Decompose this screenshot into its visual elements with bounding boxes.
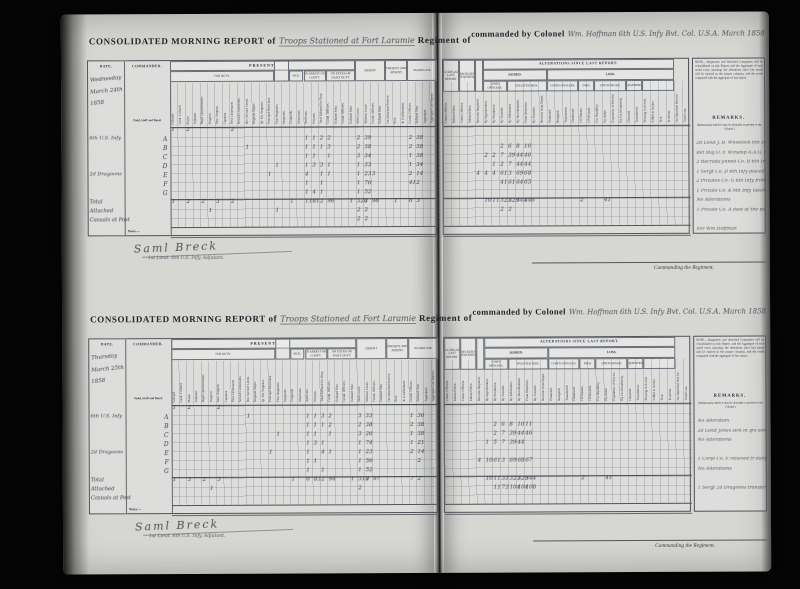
handwritten-cell-value: 23 bbox=[364, 173, 371, 179]
column-label-rotated: Sergeant Major. bbox=[252, 84, 259, 124]
handwritten-cell-value: 10 bbox=[486, 459, 493, 465]
column-group-header: ABSENT. bbox=[357, 338, 387, 359]
remarks-handwritten-line: No Alterations bbox=[698, 437, 767, 442]
handwritten-cell-value: 1 bbox=[320, 173, 324, 179]
handwritten-cell-value: 38 bbox=[416, 154, 423, 160]
handwritten-cell-value: 3 bbox=[501, 459, 505, 465]
handwritten-cell-value: 2 bbox=[321, 478, 325, 484]
report-table-left: DATE.ThursdayMarch 25th18586th U.S. Infy… bbox=[88, 337, 438, 515]
date-column-label: DATE. bbox=[89, 342, 125, 346]
column-label-rotated: Missing in Action. bbox=[643, 82, 650, 122]
column-label-rotated: Regtl. Quartermaster. bbox=[201, 362, 208, 402]
column-label-rotated: Resigned. bbox=[555, 83, 562, 123]
column-label-rotated: For Disability. bbox=[595, 83, 602, 123]
column-label-rotated: Aggregate Last Report. bbox=[430, 83, 437, 123]
handwritten-cell-value: 1 bbox=[306, 460, 310, 466]
handwritten-cell-value: 3 bbox=[416, 199, 420, 205]
column-group-header bbox=[274, 61, 289, 82]
company-letter-handwritten: E bbox=[164, 451, 168, 457]
handwritten-cell-value: 2 bbox=[358, 487, 362, 493]
column-group-header: ON EXTRA OR DAILY DUTY. bbox=[326, 70, 356, 81]
commanding-label: Commanding the Regiment. bbox=[602, 264, 766, 271]
handwritten-cell-value: 1 bbox=[313, 424, 317, 430]
column-label-rotated: Enlisted Men. bbox=[378, 84, 385, 124]
column-label-rotated: Asst. Surgeon. bbox=[216, 362, 223, 402]
remarks-handwritten-line: No Alterations bbox=[697, 197, 766, 202]
column-label-rotated: Surgeon. bbox=[207, 84, 214, 124]
handwritten-cell-value: 2 bbox=[357, 218, 361, 224]
column-label-rotated: By Order. bbox=[604, 361, 611, 401]
column-label-rotated: Enlisted Men. bbox=[333, 84, 340, 124]
handwritten-cell-value: 7 bbox=[501, 441, 505, 447]
column-label-rotated: Recruits Required. bbox=[477, 361, 484, 401]
handwritten-cell-value: 4 bbox=[492, 172, 496, 178]
column-label-rotated: By Transfer. bbox=[501, 361, 508, 401]
handwritten-cell-value: 3 bbox=[314, 442, 318, 448]
handwritten-cell-value: 1 bbox=[209, 209, 213, 215]
column-label-rotated: Enlisted Men. bbox=[335, 362, 342, 402]
handwritten-cell-value: 10 bbox=[524, 145, 531, 151]
unit-handwritten: 2d Dragoons bbox=[91, 450, 123, 455]
date-column-label: DATE. bbox=[88, 64, 124, 68]
handwritten-cell-value: 1 bbox=[171, 128, 175, 134]
handwritten-cell-value: 108 bbox=[526, 486, 537, 492]
column-label-rotated: Aggregate Last Report. bbox=[431, 361, 438, 401]
handwritten-cell-value: 1 bbox=[173, 478, 177, 484]
fsb-label: Field, Staff and Band. bbox=[126, 397, 170, 400]
date-handwritten: March 24th bbox=[90, 88, 123, 96]
handwritten-cell-value: 11 bbox=[492, 199, 499, 205]
handwritten-cell-value: 2 bbox=[493, 423, 497, 429]
column-label-rotated: Enlisted Men. bbox=[415, 83, 422, 123]
handwritten-cell-value: 1 bbox=[357, 173, 361, 179]
handwritten-cell-value: 81 bbox=[312, 200, 319, 206]
column-label-rotated: By Transfer. bbox=[499, 83, 506, 123]
handwritten-cell-value: 344 bbox=[525, 477, 536, 483]
handwritten-cell-value: 41 bbox=[500, 181, 507, 187]
handwritten-cell-value: 1 bbox=[210, 487, 214, 493]
handwritten-cell-value: 68 bbox=[524, 172, 531, 178]
notes-strip bbox=[445, 502, 692, 515]
column-label-rotated: Enlisted Men. bbox=[453, 361, 460, 401]
handwritten-cell-value: 41 bbox=[409, 181, 416, 187]
date-handwritten: March 25th bbox=[91, 366, 124, 374]
commander-handwritten: Wm. Hoffman 6th U.S. Infy Bvt. Col. U.S.… bbox=[569, 307, 766, 316]
handwritten-cell-value: 41 bbox=[605, 477, 612, 483]
handwritten-cell-value: 21 bbox=[417, 441, 424, 447]
company-letter-handwritten: A bbox=[164, 415, 168, 421]
handwritten-cell-value: 1 bbox=[314, 460, 318, 466]
handwritten-cell-value: 2 bbox=[327, 137, 331, 143]
column-label-rotated: Asst. Surgeon. bbox=[215, 84, 222, 124]
handwritten-cell-value: 6 bbox=[409, 199, 413, 205]
column-label-rotated: Privates. bbox=[311, 84, 318, 124]
handwritten-cell-value: 1 bbox=[306, 442, 310, 448]
column-group-header: FOR DUTY. bbox=[170, 71, 274, 82]
column-label-rotated: Musicians. bbox=[296, 84, 303, 124]
handwritten-cell-value: 61 bbox=[508, 181, 515, 187]
handwritten-cell-value: 2 bbox=[410, 423, 414, 429]
column-label-rotated: By Appointment. bbox=[485, 361, 492, 401]
column-label-rotated: Deserted. bbox=[627, 83, 634, 123]
handwritten-cell-value: 1 bbox=[306, 451, 310, 457]
remarks-handwritten-line: Bvt Maj O. F. Winship A.A.G. left the po… bbox=[696, 150, 765, 155]
notes-strip bbox=[172, 503, 439, 516]
date-handwritten: Thursday bbox=[91, 354, 118, 362]
handwritten-cell-value: 1 bbox=[394, 199, 398, 205]
column-label-rotated: Of Disease. bbox=[579, 83, 586, 123]
column-label-rotated: Surgeon. bbox=[209, 362, 216, 402]
column-group-header: ON EXTRA OR DAILY DUTY. bbox=[327, 348, 357, 359]
column-label-rotated: By Civil Authority. bbox=[619, 83, 626, 123]
handwritten-cell-value: 44 bbox=[516, 163, 523, 169]
handwritten-cell-value: 6 bbox=[501, 423, 505, 429]
column-label-rotated: Expiration of Service. bbox=[611, 83, 618, 123]
row-label-handwritten: Attached bbox=[90, 209, 114, 214]
tier1-group-header: JOINED. bbox=[484, 347, 548, 358]
handwritten-cell-value: 1 bbox=[275, 209, 279, 215]
handwritten-cell-value: 3 bbox=[188, 478, 192, 484]
handwritten-cell-value: 52 bbox=[364, 191, 371, 197]
column-label-rotated: Principal Musicians. bbox=[268, 362, 275, 402]
commander-column-label: COMMANDER. bbox=[124, 64, 170, 68]
column-label-rotated: Major. bbox=[185, 84, 192, 124]
column-label-rotated: Sergeant Major. bbox=[253, 362, 260, 402]
column-group-header: FOR DUTY. bbox=[171, 349, 275, 360]
handwritten-cell-value: 1 bbox=[327, 155, 331, 161]
column-label-rotated: Major. bbox=[186, 362, 193, 402]
company-letter-handwritten: F bbox=[165, 460, 169, 466]
column-label-rotated: Killed in Action. bbox=[652, 360, 659, 400]
column-group-header: AGGREGATE. bbox=[407, 60, 437, 81]
handwritten-cell-value: 33 bbox=[502, 477, 509, 483]
handwritten-cell-value: 38 bbox=[364, 146, 371, 152]
column-label-rotated: Of Wounds. bbox=[587, 83, 594, 123]
signature-block: Saml Breck1st Lieut. 6th U.S. Infy, Adju… bbox=[134, 237, 374, 261]
handwritten-cell-value: 1 bbox=[312, 137, 316, 143]
handwritten-cell-value: 61 bbox=[500, 172, 507, 178]
column-label-rotated: Second Lieutenants. bbox=[238, 362, 245, 402]
handwritten-cell-value: 1 bbox=[320, 182, 324, 188]
handwritten-cell-value: 1 bbox=[410, 441, 414, 447]
handwritten-cell-value: 7 bbox=[500, 154, 504, 160]
handwritten-cell-value: 1 bbox=[306, 415, 310, 421]
column-label-rotated: Resigned. bbox=[556, 361, 563, 401]
column-label-rotated: Colonel. bbox=[170, 85, 177, 125]
tier1-group-header: LOSS. bbox=[548, 347, 676, 359]
column-label-rotated: By Civil Authority. bbox=[620, 361, 627, 401]
handwritten-cell-value: 3 bbox=[358, 415, 362, 421]
column-label-rotated: Total Loss. bbox=[684, 360, 691, 400]
column-group-header: PRESENT AND ABSENT. bbox=[385, 60, 407, 81]
handwritten-cell-value: 46 bbox=[525, 432, 532, 438]
handwritten-cell-value: 2 bbox=[580, 199, 584, 205]
handwritten-cell-value: 39 bbox=[509, 432, 516, 438]
date-column: DATE.ThursdayMarch 25th18586th U.S. Infy… bbox=[89, 339, 127, 513]
handwritten-cell-value: 76 bbox=[364, 182, 371, 188]
column-label-rotated: In Arrest. bbox=[667, 82, 674, 122]
handwritten-cell-value: 1 bbox=[358, 451, 362, 457]
handwritten-cell-value: 6 bbox=[508, 145, 512, 151]
commander-column-label: COMMANDER. bbox=[125, 342, 171, 346]
scanned-document: CONSOLIDATED MORNING REPORT ofTroops Sta… bbox=[0, 0, 800, 589]
handwritten-cell-value: 61 bbox=[494, 459, 501, 465]
handwritten-cell-value: 2 bbox=[320, 200, 324, 206]
column-group-header: IN ARREST OR CONF'T. bbox=[304, 70, 326, 81]
handwritten-cell-value: 2 bbox=[202, 478, 206, 484]
column-label-rotated: Comd. Officers. bbox=[444, 83, 451, 123]
column-label-rotated: By Promotion. bbox=[491, 83, 498, 123]
handwritten-cell-value: 5 bbox=[493, 441, 497, 447]
column-label-rotated: Comd. Officers. bbox=[461, 361, 468, 401]
handwritten-cell-value: 1 bbox=[410, 432, 414, 438]
column-label-rotated: Aggregate. bbox=[424, 361, 431, 401]
handwritten-cell-value: 1 bbox=[314, 433, 318, 439]
company-letter-handwritten: E bbox=[163, 173, 167, 179]
column-label-rotated: Comd. Officers. bbox=[342, 362, 349, 402]
handwritten-cell-value: 1 bbox=[410, 414, 414, 420]
handwritten-cell-value: 1 bbox=[321, 469, 325, 475]
handwritten-cell-value: 38 bbox=[416, 145, 423, 151]
handwritten-cell-value: 38 bbox=[365, 424, 372, 430]
handwritten-cell-value: 1 bbox=[306, 433, 310, 439]
handwritten-cell-value: 11 bbox=[305, 200, 312, 206]
handwritten-cell-value: 2 bbox=[581, 477, 585, 483]
column-label-rotated: Transferred. bbox=[563, 83, 570, 123]
handwritten-cell-value: 2 bbox=[492, 154, 496, 160]
column-label-rotated: With Leave. bbox=[357, 362, 364, 402]
column-label-rotated: Comd. Officers. bbox=[326, 84, 333, 124]
handwritten-cell-value: 44 bbox=[517, 432, 524, 438]
remarks-handwritten-line: No Alteration bbox=[698, 418, 767, 423]
column-label-rotated: Qr. Mr. Sergeant. bbox=[261, 362, 268, 402]
remarks-handwritten-line: For Wm Hoffman bbox=[697, 226, 766, 231]
handwritten-cell-value: 2 bbox=[508, 208, 512, 214]
handwritten-cell-value: 1 bbox=[172, 200, 176, 206]
handwritten-cell-value: 1 bbox=[269, 451, 273, 457]
unit-handwritten: 6th U.S. Infy bbox=[89, 136, 121, 141]
handwritten-cell-value: 97 bbox=[373, 478, 380, 484]
handwritten-cell-value: 44 bbox=[516, 154, 523, 160]
form-title-right: commanded by ColonelWm. Hoffman 6th U.S.… bbox=[421, 22, 765, 42]
commanded-by-printed: commanded by Colonel bbox=[471, 28, 565, 38]
column-label-rotated: Bvt. Second Lieuts. bbox=[246, 362, 253, 402]
handwritten-cell-value: 1 bbox=[306, 424, 310, 430]
handwritten-cell-value: 4 bbox=[484, 172, 488, 178]
handwritten-cell-value: 1 bbox=[350, 200, 354, 206]
commanded-by-printed: commanded by Colonel bbox=[472, 306, 566, 316]
column-label-rotated: Killed in Action. bbox=[651, 82, 658, 122]
handwritten-cell-value: 1 bbox=[305, 155, 309, 161]
handwritten-cell-value: 4 bbox=[312, 191, 316, 197]
handwritten-cell-value: 1 bbox=[305, 146, 309, 152]
column-label-rotated: Lieut. Colonel. bbox=[179, 363, 186, 403]
signature-handwritten: Saml Breck bbox=[135, 517, 220, 533]
handwritten-cell-value: 2 bbox=[500, 145, 504, 151]
handwritten-cell-value: 52 bbox=[366, 469, 373, 475]
company-letter-handwritten: B bbox=[164, 424, 168, 430]
handwritten-cell-value: 68 bbox=[517, 459, 524, 465]
handwritten-cell-value: 7 bbox=[410, 477, 414, 483]
handwritten-cell-value: 1 bbox=[276, 433, 280, 439]
column-label-rotated: Recruits from Depot. bbox=[539, 83, 546, 123]
column-label-rotated: Aggregate. bbox=[422, 83, 429, 123]
handwritten-cell-value: 3 bbox=[357, 155, 361, 161]
handwritten-cell-value: 14 bbox=[416, 172, 423, 178]
handwritten-cell-value: 2 bbox=[328, 415, 332, 421]
row-label-handwritten: Total bbox=[90, 200, 103, 205]
report-table-right: AGGREGATE LAST REPORT.RECRUITS REQUIRED.… bbox=[442, 58, 690, 235]
left-grid-area: PRESENT.FOR DUTY.SICK.IN ARREST OR CONF'… bbox=[171, 338, 439, 513]
handwritten-cell-value: 1 bbox=[358, 442, 362, 448]
handwritten-cell-value: 2 bbox=[484, 154, 488, 160]
handwritten-cell-value: 3 bbox=[372, 173, 376, 179]
handwritten-cell-value: 34 bbox=[364, 155, 371, 161]
handwritten-cell-value: 7 bbox=[501, 432, 505, 438]
column-label-rotated: Corporals. bbox=[290, 362, 297, 402]
row-label-handwritten: Total bbox=[91, 478, 104, 483]
handwritten-cell-value: 346 bbox=[524, 199, 535, 205]
column-label-rotated: Musicians. bbox=[298, 362, 305, 402]
column-group-header: AGGREGATE. bbox=[409, 338, 439, 359]
handwritten-cell-value: 1 bbox=[172, 406, 176, 412]
handwritten-cell-value: 2 bbox=[500, 208, 504, 214]
column-label-rotated: First Sergeants. bbox=[274, 84, 281, 124]
handwritten-cell-value: 98 bbox=[372, 200, 379, 206]
handwritten-cell-value: 64 bbox=[516, 181, 523, 187]
column-label-rotated: Comd. Officers. bbox=[445, 361, 452, 401]
unit-handwritten: 6th U.S. Infy bbox=[91, 414, 123, 419]
remarks-handwritten-line: 1 Sergt 2d Dragoons transferred to Co. K bbox=[698, 485, 767, 490]
column-label-rotated: Sick. bbox=[393, 84, 400, 124]
column-label-rotated: By Order. bbox=[603, 83, 610, 123]
column-label-rotated: Enlisted Men. bbox=[467, 83, 474, 123]
handwritten-cell-value: 2 bbox=[320, 137, 324, 143]
commanding-rule bbox=[532, 261, 766, 263]
handwritten-cell-value: 3 bbox=[508, 172, 512, 178]
handwritten-cell-value: 1 bbox=[320, 146, 324, 152]
handwritten-cell-value: 1 bbox=[328, 433, 332, 439]
column-label-rotated: Lieut. Colonel. bbox=[178, 85, 185, 125]
handwritten-cell-value: 2 bbox=[418, 477, 422, 483]
column-label-rotated: Transferred. bbox=[636, 361, 643, 401]
form-title-printed: CONSOLIDATED MORNING REPORT of bbox=[90, 314, 277, 325]
column-label-rotated: In Confinement. bbox=[401, 362, 408, 402]
form-title-handwritten: Troops Stationed at Fort Laramie bbox=[280, 314, 416, 325]
handwritten-cell-value: 1 bbox=[305, 182, 309, 188]
report-table-right: AGGREGATE LAST REPORT.RECRUITS REQUIRED.… bbox=[443, 336, 691, 513]
column-label-rotated: Comd. Officers. bbox=[327, 362, 334, 402]
handwritten-cell-value: 1 bbox=[357, 164, 361, 170]
handwritten-cell-value: 2 bbox=[357, 137, 361, 143]
handwritten-cell-value: 2 bbox=[357, 209, 361, 215]
column-label-rotated: From Desertion. bbox=[523, 83, 530, 123]
handwritten-cell-value: 8 bbox=[516, 145, 520, 151]
handwritten-cell-value: 1 bbox=[321, 442, 325, 448]
remarks-handwritten-line: No Alterations bbox=[698, 466, 767, 471]
company-letter-handwritten: G bbox=[163, 191, 168, 197]
commander-column: COMMANDER.Field, Staff and Band.ABCDEFGN… bbox=[125, 339, 173, 513]
column-label-rotated: On Detached Service. bbox=[387, 362, 394, 402]
handwritten-cell-value: 1 bbox=[313, 415, 317, 421]
right-data-grid bbox=[443, 125, 690, 227]
handwritten-cell-value: 44 bbox=[517, 441, 524, 447]
column-label-rotated: On Detached Service. bbox=[675, 82, 682, 122]
handwritten-cell-value: 2 bbox=[187, 406, 191, 412]
handwritten-cell-value: 11 bbox=[494, 486, 501, 492]
column-label-rotated: Comd. Officers. bbox=[460, 83, 467, 123]
column-group-header: SICK. bbox=[289, 70, 304, 81]
column-label-rotated: Promoted. bbox=[548, 361, 555, 401]
handwritten-cell-value: 2 bbox=[410, 450, 414, 456]
handwritten-cell-value: 1 bbox=[305, 164, 309, 170]
handwritten-cell-value: 3 bbox=[320, 164, 324, 170]
column-label-rotated: On Detached Service. bbox=[676, 360, 683, 400]
column-label-rotated: Sick. bbox=[659, 82, 666, 122]
handwritten-cell-value: 4 bbox=[478, 459, 482, 465]
company-letter-handwritten: D bbox=[164, 442, 169, 448]
tier1-group-header: LOSS. bbox=[547, 69, 675, 81]
column-label-rotated: With Leave. bbox=[356, 84, 363, 124]
column-label-rotated: Of Wounds. bbox=[588, 361, 595, 401]
column-label-rotated: Enlisted Men. bbox=[416, 361, 423, 401]
column-label-rotated: Of Disease. bbox=[580, 361, 587, 401]
signature-title-handwritten: 1st Lieut. 6th U.S. Infy, Adjutant. bbox=[148, 255, 374, 261]
column-label-rotated: Dismissed. bbox=[571, 83, 578, 123]
handwritten-cell-value: 1 bbox=[247, 415, 251, 421]
column-label-rotated: Artificers. bbox=[304, 84, 311, 124]
handwritten-cell-value: 4 bbox=[476, 172, 480, 178]
company-letter-handwritten: C bbox=[163, 155, 168, 161]
fsb-label: Field, Staff and Band. bbox=[125, 119, 169, 122]
remarks-handwritten-line: 2d Lieut Jones sick in qrs since March 2… bbox=[698, 428, 767, 433]
handwritten-cell-value: 74 bbox=[365, 442, 372, 448]
column-label-rotated: Artificers. bbox=[305, 362, 312, 402]
column-label-rotated: By Re-enlistment. bbox=[516, 361, 523, 401]
handwritten-cell-value: 2 bbox=[409, 172, 413, 178]
notes-label: Notes.— bbox=[128, 229, 140, 233]
column-label-rotated: By Transfer. bbox=[531, 83, 538, 123]
handwritten-cell-value: 1 bbox=[320, 191, 324, 197]
column-label-rotated: For Disability. bbox=[596, 361, 603, 401]
handwritten-cell-value: 1 bbox=[351, 478, 355, 484]
notes-strip bbox=[171, 225, 438, 238]
handwritten-cell-value: 44 bbox=[524, 163, 531, 169]
handwritten-cell-value: 14 bbox=[417, 450, 424, 456]
handwritten-cell-value: 2 bbox=[417, 459, 421, 465]
handwritten-cell-value: 2 bbox=[231, 200, 235, 206]
column-label-rotated: Enlisted Men. bbox=[348, 84, 355, 124]
column-label-rotated: Qr. Mr. Sergeant. bbox=[259, 84, 266, 124]
handwritten-cell-value: 1 bbox=[312, 146, 316, 152]
remarks-handwritten-line: 1 Sergt Co. D 6th Infy placed in arrest bbox=[696, 169, 765, 174]
commanding-rule bbox=[533, 539, 767, 541]
column-label-rotated: Transferred. bbox=[635, 83, 642, 123]
unit-handwritten: 2d Dragoons bbox=[89, 172, 121, 177]
date-handwritten: 1858 bbox=[91, 379, 105, 386]
handwritten-cell-value: 2 bbox=[364, 209, 368, 215]
right-data-grid bbox=[444, 403, 691, 505]
column-label-rotated: Dismissed. bbox=[572, 361, 579, 401]
handwritten-cell-value: 1 bbox=[275, 164, 279, 170]
column-label-rotated: In Arrest. bbox=[668, 360, 675, 400]
column-label-rotated: Enlisted Men. bbox=[469, 361, 476, 401]
handwritten-cell-value: 1 bbox=[327, 173, 331, 179]
column-label-rotated: In Confinement. bbox=[400, 84, 407, 124]
handwritten-cell-value: 38 bbox=[417, 432, 424, 438]
form-title-right: commanded by ColonelWm. Hoffman 6th U.S.… bbox=[422, 300, 766, 320]
handwritten-cell-value: 83 bbox=[314, 478, 321, 484]
